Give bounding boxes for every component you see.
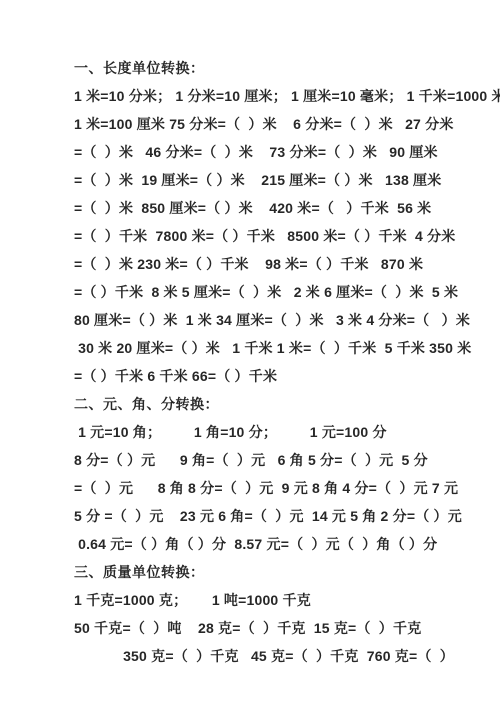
worksheet-line: 1 米=10 分米； 1 分米=10 厘米； 1 厘米=10 毫米； 1 千米=… [74,82,476,110]
worksheet-line: 350 克=（ ）千克 45 克=（ ）千克 760 克=（ ） [74,642,476,670]
section-heading-length: 一、长度单位转换： [74,54,476,82]
worksheet-line: =（ ）千米 6 千米 66=（ ）千米 [74,362,476,390]
worksheet-line: =（ ）千米 8 米 5 厘米=（ ）米 2 米 6 厘米=（ ）米 5 米 [74,278,476,306]
worksheet-line: =（ ）千米 7800 米=（ ）千米 8500 米=（ ）千米 4 分米 [74,222,476,250]
section-mass-conversion: 三、质量单位转换： 1 千克=1000 克； 1 吨=1000 千克 50 千克… [74,558,476,670]
worksheet-line: =（ ）米 46 分米=（ ）米 73 分米=（ ）米 90 厘米 [74,138,476,166]
worksheet-line: 80 厘米=（ ）米 1 米 34 厘米=（ ）米 3 米 4 分米=（ ）米 [74,306,476,334]
section-length-conversion: 一、长度单位转换： 1 米=10 分米； 1 分米=10 厘米； 1 厘米=10… [74,54,476,390]
worksheet-page: 一、长度单位转换： 1 米=10 分米； 1 分米=10 厘米； 1 厘米=10… [0,0,500,708]
worksheet-line: 1 米=100 厘米 75 分米=（ ）米 6 分米=（ ）米 27 分米 [74,110,476,138]
worksheet-line: =（ ）米 850 厘米=（ ）米 420 米=（ ）千米 56 米 [74,194,476,222]
worksheet-line: =（ ）米 19 厘米=（ ）米 215 厘米=（ ）米 138 厘米 [74,166,476,194]
worksheet-line: =（ ）米 230 米=（ ）千米 98 米=（ ）千米 870 米 [74,250,476,278]
worksheet-line: =（ ）元 8 角 8 分=（ ）元 9 元 8 角 4 分=（ ）元 7 元 [74,474,476,502]
section-heading-money: 二、元、角、分转换： [74,390,476,418]
section-money-conversion: 二、元、角、分转换： 1 元=10 角； 1 角=10 分； 1 元=100 分… [74,390,476,558]
worksheet-line: 1 元=10 角； 1 角=10 分； 1 元=100 分 [74,418,476,446]
worksheet-line: 0.64 元=（ ）角（ ）分 8.57 元=（ ）元（ ）角（ ）分 [74,530,476,558]
worksheet-line: 1 千克=1000 克； 1 吨=1000 千克 [74,586,476,614]
worksheet-line: 50 千克=（ ）吨 28 克=（ ）千克 15 克=（ ）千克 [74,614,476,642]
worksheet-line: 5 分 =（ ）元 23 元 6 角=（ ）元 14 元 5 角 2 分=（ ）… [74,502,476,530]
section-heading-mass: 三、质量单位转换： [74,558,476,586]
worksheet-line: 30 米 20 厘米=（ ）米 1 千米 1 米=（ ）千米 5 千米 350 … [74,334,476,362]
worksheet-line: 8 分=（ ）元 9 角=（ ）元 6 角 5 分=（ ）元 5 分 [74,446,476,474]
